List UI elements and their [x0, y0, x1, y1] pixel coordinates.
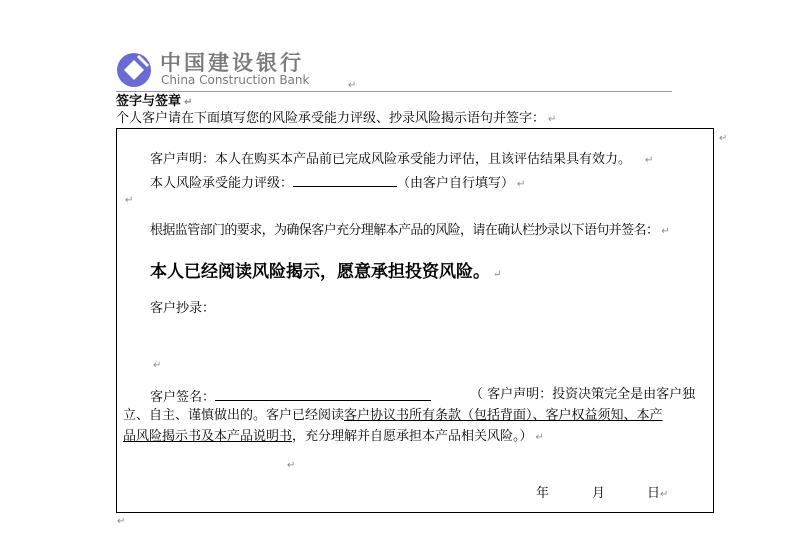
section-title: 签字与签章↵ — [116, 94, 192, 111]
paragraph-mark-icon: ↵ — [125, 195, 133, 206]
paragraph-mark-icon: ↵ — [719, 133, 727, 144]
statement-line-3: 品风险揭示书及本产品说明书，充分理解并自愿承担本产品相关风险。）↵ — [123, 429, 544, 446]
statement-line-1: （ 客户声明：投资决策完全是由客户独 — [470, 387, 695, 403]
risk-rating-input[interactable] — [293, 173, 397, 187]
bank-name-en: China Construction Bank — [161, 74, 309, 87]
ccb-logo-icon — [116, 52, 152, 88]
copy-input[interactable] — [216, 301, 696, 355]
copy-label: 客户抄录： — [150, 301, 215, 317]
date-year[interactable]: 年 — [536, 486, 549, 502]
paragraph-mark-icon: ↵ — [153, 360, 161, 371]
paragraph-mark-icon: ↵ — [117, 516, 125, 527]
date-day[interactable]: 日↵ — [647, 486, 668, 503]
signature-label: 客户签名： — [150, 390, 215, 405]
section-instruction: 个人客户请在下面填写您的风险承受能力评级、抄录风险揭示语句并签字：↵ — [116, 111, 556, 128]
header-rule — [116, 91, 672, 92]
bank-name-cn: 中国建设银行 — [160, 52, 304, 74]
signature-input[interactable] — [215, 387, 431, 401]
date-month[interactable]: 月 — [592, 486, 605, 502]
statement-line-2: 立、自主、谨慎做出的。客户已经阅读客户协议书所有条款（包括背面）、客户权益须知、… — [123, 408, 663, 424]
risk-statement: 本人已经阅读风险揭示，愿意承担投资风险。↵ — [150, 262, 501, 285]
signature-row: 客户签名： — [150, 387, 431, 406]
risk-rating-label: 本人风险承受能力评级： — [150, 176, 293, 191]
paragraph-mark-icon: ↵ — [548, 114, 556, 125]
risk-rating-row: 本人风险承受能力评级：（由客户自行填写）↵ — [150, 173, 525, 193]
regulatory-instruction: 根据监管部门的要求，为确保客户充分理解本产品的风险，请在确认栏抄录以下语句并签名… — [150, 223, 669, 240]
paragraph-mark-icon: ↵ — [348, 80, 356, 91]
paragraph-mark-icon: ↵ — [184, 97, 192, 108]
paragraph-mark-icon: ↵ — [287, 460, 295, 471]
customer-declaration: 客户声明：本人在购买本产品前已完成风险承受能力评估，且该评估结果具有效力。↵ — [150, 152, 653, 169]
risk-rating-note: （由客户自行填写） — [397, 176, 514, 191]
